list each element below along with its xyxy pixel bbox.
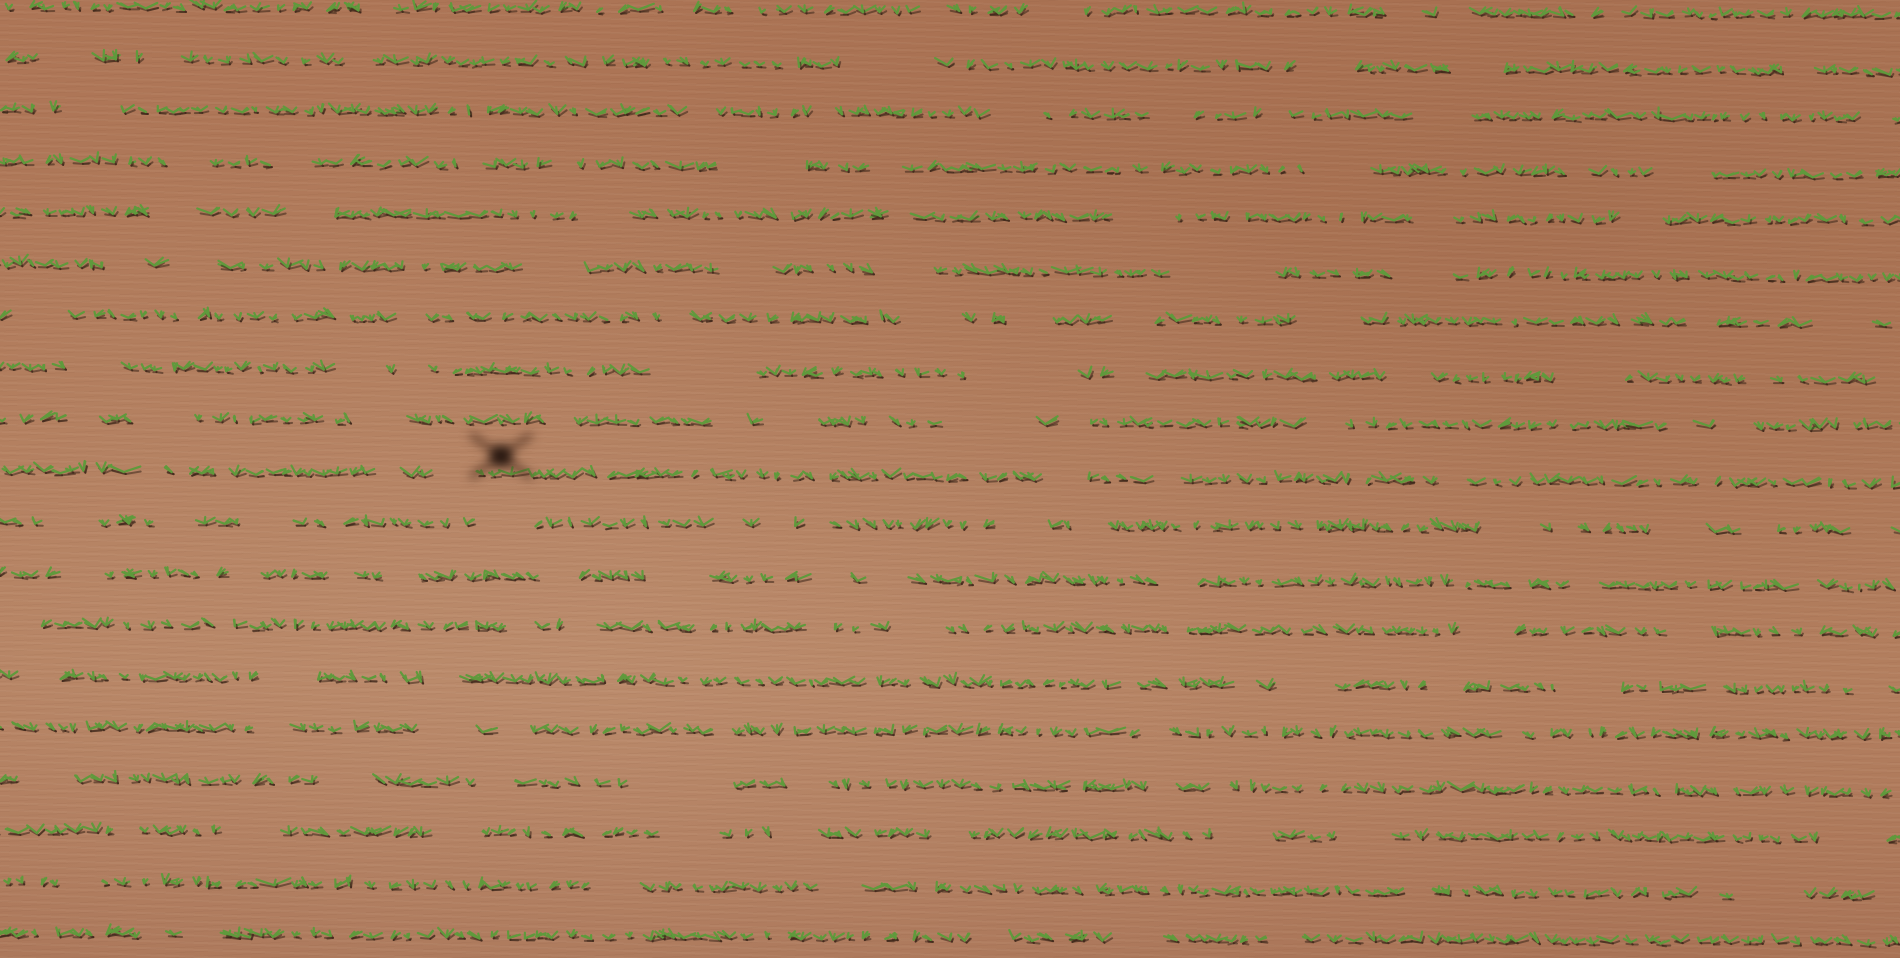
crop-row xyxy=(3,461,1900,489)
aerial-field-photo xyxy=(0,0,1900,958)
crop-row xyxy=(42,618,1900,638)
crop-row xyxy=(0,205,1900,226)
crop-row xyxy=(0,924,1899,947)
crop-row xyxy=(0,771,1892,798)
crop-row xyxy=(0,566,1900,592)
crop-row xyxy=(0,152,1900,179)
crop-row xyxy=(0,721,1900,741)
crop-row xyxy=(0,255,1900,283)
crop-row xyxy=(0,515,1900,534)
crop-row xyxy=(1,101,1900,124)
crop-row xyxy=(0,361,1875,385)
crop-row xyxy=(0,670,1900,694)
crop-row xyxy=(7,50,1900,77)
crop-row xyxy=(4,874,1874,900)
crop-rows xyxy=(0,0,1900,958)
crop-row xyxy=(0,308,1891,328)
drone-shadow xyxy=(455,415,545,495)
crop-row xyxy=(0,823,1900,844)
crop-row xyxy=(0,411,1900,431)
crop-row xyxy=(0,0,1900,20)
